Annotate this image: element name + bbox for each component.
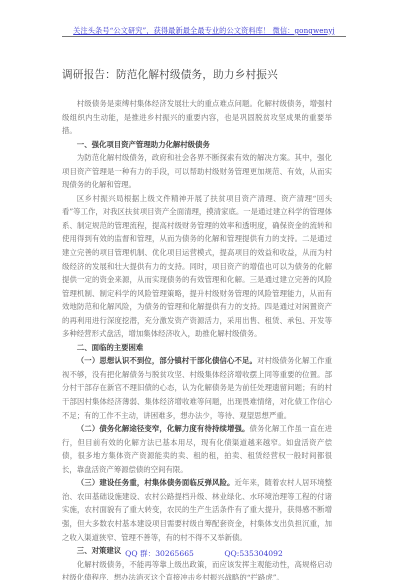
qq-group-label: QQ 群：30265665 (125, 549, 194, 558)
section-heading-2: 二、面临的主要困难 (62, 341, 332, 355)
lead-sentence: （二）债务化解途径变窄，化解力度有待持续增强。 (77, 424, 250, 433)
qq-label: QQ:535304092 (224, 549, 283, 558)
paragraph-difficulty-3: （三）建设任务重，村集体债务面临反弹风险。近年来，随着农村人居环境整治、农田基础… (62, 476, 332, 544)
paragraph-intro: 村级债务是束缚村集体经济发展壮大的重点难点问题。化解村级债务，增强村级组织内生动… (62, 97, 332, 138)
header-divider (62, 36, 346, 37)
paragraph: 为防范化解村级债务，政府和社会各界不断探索有效的解决方案。其中，强化项目资产管理… (62, 151, 332, 192)
document-body: 村级债务是束缚村集体经济发展壮大的重点难点问题。化解村级债务，增强村级组织内生动… (62, 97, 332, 580)
paragraph: 区乡村振兴局根据上级文件精神开展了扶贫项目资产清理、资产清理“回头看”等工作，对… (62, 192, 332, 341)
paragraph-difficulty-2: （二）债务化解途径变窄，化解力度有待持续增强。债务化解工作虽一直在进行，但目前有… (62, 422, 332, 476)
lead-sentence: （一）思想认识不到位，部分镇村干部化债信心不足。 (77, 356, 257, 365)
paragraph-text: 近年来，随着农村人居环境整治、农田基础设施建设、农村公路提档升级、林业绿化、水环… (62, 478, 332, 541)
section-heading-1: 一、强化项目资产管理助力化解村级债务 (62, 138, 332, 152)
footer-contact: QQ 群：30265665 QQ:535304092 (0, 548, 408, 559)
paragraph-text: 对村级债务化解工作重视不够，没有把化解债务与脱贫攻坚、村级集体经济增收摆上同等重… (62, 356, 332, 419)
paragraph-difficulty-1: （一）思想认识不到位，部分镇村干部化债信心不足。对村级债务化解工作重视不够，没有… (62, 354, 332, 422)
document-title: 调研报告：防范化解村级债务，助力乡村振兴 (62, 67, 278, 82)
header-promo-link[interactable]: 关注头条号“公文研究”，获得最新最全最专业的公文资料库！ 微信：gongweny… (62, 26, 346, 36)
paragraph: 化解村级债务，不能再等靠上级出政策，而应该发挥主观能动性，高规格启动村级化债程序… (62, 558, 332, 580)
lead-sentence: （三）建设任务重，村集体债务面临反弹风险。 (77, 478, 235, 487)
